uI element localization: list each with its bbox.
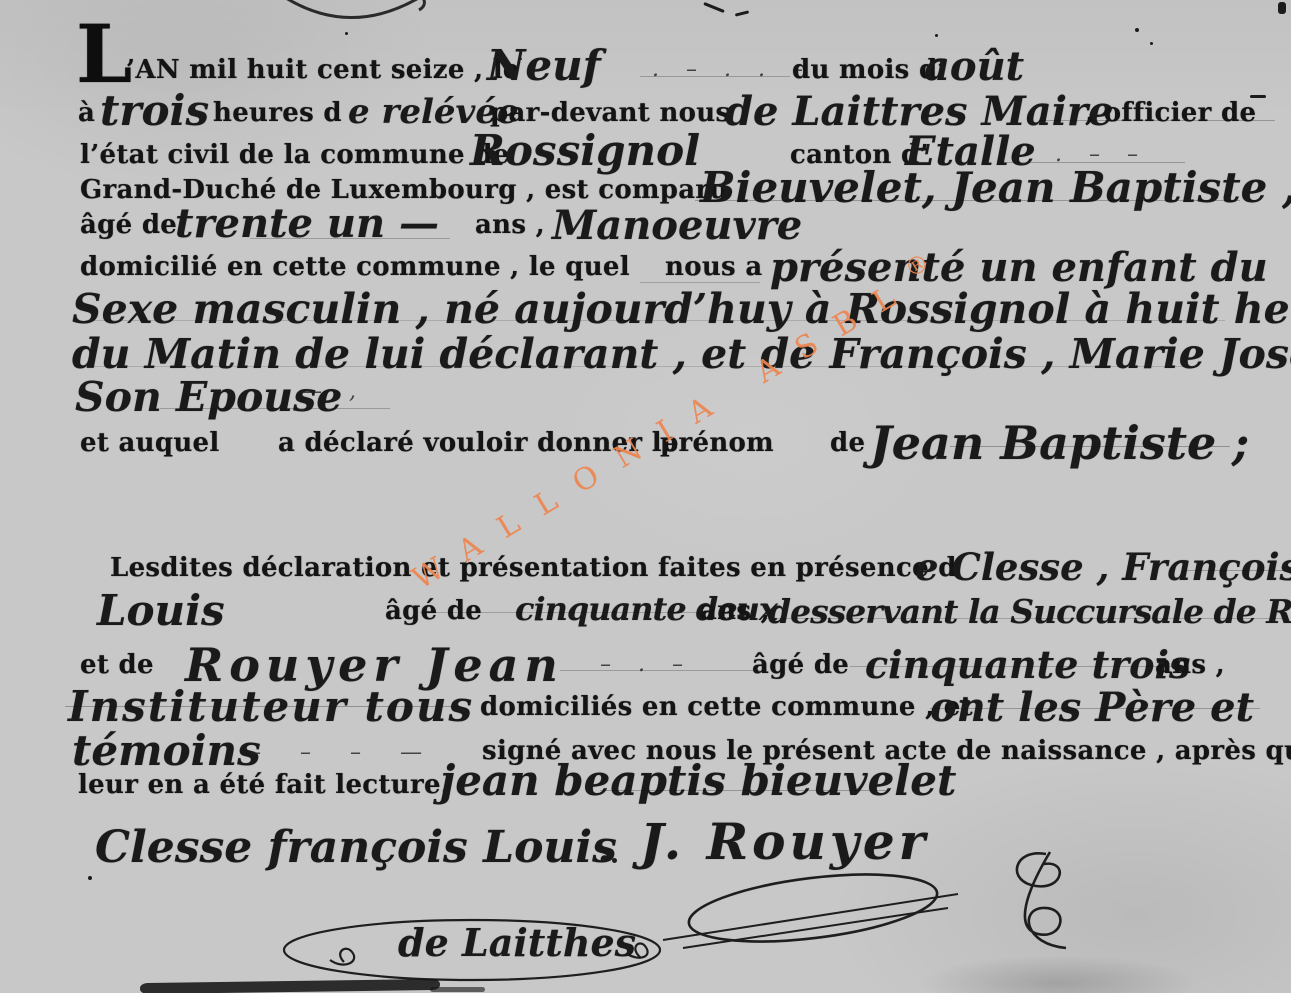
hw-witness1-name: e Clesse , François	[915, 545, 1291, 589]
hw-hour: trois	[100, 86, 209, 135]
ink-speckle	[1278, 2, 1286, 14]
ink-rule	[930, 708, 1260, 709]
printed-ans: ans ,	[475, 210, 545, 240]
ink-rule	[850, 666, 1180, 667]
printed-lecture: leur en a été fait lecture.	[78, 770, 450, 800]
ink-speckle	[88, 118, 91, 121]
printed-etat-civil: l’état civil de la commune de	[80, 140, 510, 170]
printed-pardevant: par-devant nous	[490, 98, 730, 128]
hw-child-sex-line: Sexe masculin , né aujourd’huy à Rossign…	[72, 285, 1291, 333]
ink-speckle	[703, 2, 725, 13]
ink-rule	[950, 446, 1230, 447]
printed-et-de: et de	[80, 650, 154, 680]
ink-speckle	[1150, 42, 1153, 45]
hw-temoins: témoins	[72, 726, 261, 775]
hw-witness1-role: desservant la Succursale de Rossignol	[768, 592, 1291, 631]
hw-commune: Rossignol	[470, 126, 700, 175]
ink-rule	[765, 618, 1285, 619]
hw-presente-enfant: présenté un enfant du	[770, 244, 1268, 291]
ink-rule	[65, 706, 460, 707]
filler-dashes: — ,	[300, 379, 366, 404]
ink-rule	[1040, 120, 1275, 121]
signature-declarant: jean beaptis bieuvelet	[440, 756, 956, 805]
hw-mother-line: du Matin de lui déclarant , et de Franço…	[72, 330, 1291, 378]
printed-nous-a: nous a	[665, 252, 763, 282]
filler-dashes: – . –	[600, 652, 693, 677]
printed-age-label: âgé de	[752, 650, 849, 680]
hw-witness2-age: cinquante trois	[865, 642, 1190, 687]
signature-witness1: Clesse françois Louis	[95, 822, 617, 873]
line-child-sex: Sexe masculin , né aujourd’huy à Rossign…	[0, 285, 1291, 329]
ink-rule	[695, 200, 1240, 201]
ink-speckle	[1135, 28, 1139, 32]
printed-ans: ans ,	[1155, 650, 1225, 680]
printed-officier: , officier de	[1085, 98, 1256, 128]
printed-ans: ans ,	[700, 596, 770, 626]
bottom-ink-smudge	[430, 987, 485, 992]
ink-speckle	[735, 10, 749, 16]
printed-lesdites: Lesdites déclaration et présentation fai…	[110, 553, 957, 583]
hw-declarant-age: trente un —	[175, 200, 439, 247]
printed-age-label: âgé de	[80, 210, 177, 240]
ink-rule	[600, 790, 890, 791]
hw-witness1-firstname: Louis	[97, 586, 225, 635]
printed-a: à	[78, 98, 95, 128]
ink-rule	[560, 670, 760, 671]
ink-rule	[1000, 162, 1185, 163]
bottom-ink-smudge	[140, 979, 440, 993]
hw-child-firstname: Jean Baptiste ;	[870, 416, 1249, 470]
ink-rule	[78, 366, 1198, 367]
ink-speckle	[1250, 95, 1266, 98]
printed-domicilie: domicilié en cette commune , le quel	[80, 252, 630, 282]
filler-dashes: . – . . –	[652, 57, 813, 82]
hw-day: Neuf	[487, 41, 601, 90]
printed-heures: heures d	[213, 98, 342, 128]
hw-month: août	[924, 43, 1024, 90]
birth-certificate-scan: L ’AN mil huit cent seize , le Neuf . – …	[0, 0, 1291, 993]
ink-rule	[160, 408, 390, 409]
signature-officer: de Laitthes	[398, 920, 636, 965]
line-lecture: leur en a été fait lecture. jean beaptis…	[0, 770, 1291, 814]
ink-rule	[85, 320, 1225, 321]
printed-year-line: ’AN mil huit cent seize , le	[126, 55, 520, 85]
printed-domicilies: domiciliés en cette commune , et	[480, 692, 973, 722]
line-mother: du Matin de lui déclarant , et de Franço…	[0, 330, 1291, 374]
hw-profession: Manoeuvre	[552, 202, 802, 249]
line-officer-signature: de Laitthes	[0, 920, 1291, 964]
filler-dashes: – – – —	[250, 740, 438, 765]
ink-speckle	[520, 58, 522, 60]
ink-speckle	[935, 34, 938, 37]
ink-rule	[420, 612, 710, 613]
ink-rule	[640, 76, 790, 77]
printed-age-label: âgé de	[385, 596, 482, 626]
ink-speckle	[88, 876, 92, 880]
ink-rule	[250, 238, 450, 239]
printed-de: de	[830, 428, 865, 458]
ink-arc-mark	[282, 0, 442, 36]
ink-speckle	[345, 32, 348, 35]
printed-et-auquel: et auquel	[80, 428, 220, 458]
ink-rule	[640, 282, 760, 283]
ink-rule	[1185, 570, 1285, 571]
line-spouse: Son Epouse — ,	[0, 373, 1291, 417]
ink-speckle	[612, 858, 617, 863]
